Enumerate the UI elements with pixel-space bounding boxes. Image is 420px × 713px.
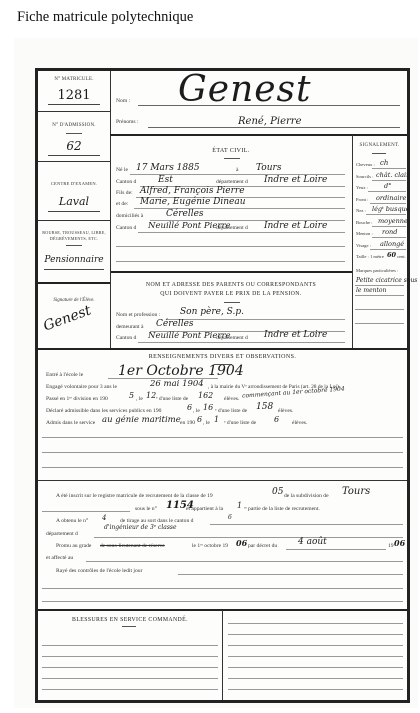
- rule: [42, 667, 218, 668]
- promu-year: 06: [236, 538, 247, 548]
- rule: [228, 645, 403, 646]
- matricule-value: 1281: [38, 88, 110, 103]
- a-label: à: [236, 167, 238, 173]
- centre-label: CENTRE D'EXAMEN.: [38, 181, 110, 186]
- divider: [38, 220, 110, 221]
- passe-liste: ᵉ d'une liste de: [156, 396, 188, 402]
- left-divider-lower: [110, 271, 111, 348]
- signalement-row-visage: Visage : allongé: [356, 240, 406, 252]
- passe-total: 162: [198, 391, 213, 400]
- admis-year: 6: [197, 415, 202, 424]
- entre-value: 1er Octobre 1904: [118, 363, 244, 379]
- parents-canton-label: Canton d: [116, 335, 136, 341]
- prenoms-value: René, Pierre: [238, 116, 302, 127]
- appartient-label: et appartient à la: [186, 506, 223, 512]
- declare-year: 6: [187, 403, 192, 412]
- parents-demeurant-label: demeurant à: [116, 324, 144, 330]
- parents-dept-label: département d: [216, 335, 248, 341]
- rule: [355, 295, 404, 296]
- promu-date-label: le 1ᵉʳ octobre 19: [192, 543, 228, 549]
- divider: [38, 480, 407, 481]
- parents-demeurant-value: Cérelles: [156, 319, 194, 329]
- promu-label: Promu au grade: [56, 543, 91, 549]
- signature-label: Signature de l'Élève.: [38, 298, 110, 303]
- signalement-row-menton: Menton : rond: [356, 228, 406, 240]
- dept2-value: Indre et Loire: [264, 221, 327, 231]
- rule: [228, 689, 403, 690]
- tirage-value: 6: [228, 514, 232, 521]
- signalement-row-cheveux: Cheveux : ch: [356, 159, 406, 171]
- rule: [94, 537, 403, 538]
- dept-label: département d: [216, 179, 248, 185]
- rule: [42, 601, 403, 602]
- blessures-divider: [222, 610, 223, 700]
- divider: [38, 111, 110, 112]
- dash: [224, 158, 240, 159]
- entre-label: Entré à l'école le: [46, 372, 83, 378]
- admis-rank: 1: [214, 415, 219, 424]
- rule: [42, 678, 218, 679]
- signalement-row-front: Front : ordinaire: [356, 194, 406, 206]
- rule: [116, 261, 345, 262]
- nom-rule: [138, 105, 400, 106]
- rule: [42, 437, 403, 438]
- departement-label: département d: [46, 531, 78, 537]
- fils-label: Fils de:: [116, 190, 133, 196]
- signalement-row-nez: Nez : légᵗ busqué: [356, 205, 406, 217]
- rule: [355, 285, 404, 286]
- rule: [210, 524, 403, 525]
- dash: [372, 153, 386, 154]
- raye-label: Rayé des contrôles de l'école ledit jour: [56, 568, 142, 574]
- rule: [42, 467, 403, 468]
- canton-label: Canton d: [116, 179, 136, 185]
- dash: [66, 133, 82, 134]
- divider: [38, 161, 110, 162]
- bourse-label: BOURSE, TROUSSEAU, LIBRE, DÉGRÈVEMENTS, …: [41, 230, 107, 242]
- ne-le-value: 17 Mars 1885: [136, 163, 200, 173]
- rule: [228, 667, 403, 668]
- et-de-value: Marie, Eugénie Dineau: [140, 197, 246, 207]
- admission-value: 62: [38, 139, 110, 153]
- decret-year: 06: [394, 538, 405, 548]
- promu-struck: de sous-lieutenant de réserve: [100, 543, 165, 549]
- blessures-title: BLESSURES EN SERVICE COMMANDÉ.: [38, 617, 222, 623]
- canton2-label: Canton d: [116, 225, 136, 231]
- declare-rank: 16: [203, 403, 213, 412]
- matricule-label: N° MATRICULE.: [38, 77, 110, 82]
- declare-label: Déclaré admissible dans les services pub…: [46, 408, 161, 414]
- bourse-value: Pensionnaire: [38, 255, 110, 265]
- dept-value: Indre et Loire: [264, 175, 327, 185]
- marques-value-2: le menton: [356, 287, 386, 294]
- passe-rank: 12: [146, 391, 156, 400]
- nom-value: Genest: [178, 69, 312, 110]
- rule: [178, 574, 403, 575]
- admis-suffix: élèves.: [292, 420, 307, 426]
- dash: [224, 302, 240, 303]
- signalement-row-taille: Taille : 1 mètre 60 cent.: [356, 251, 406, 263]
- rule: [138, 342, 345, 343]
- decret-label: par décret du: [248, 543, 277, 549]
- divider: [110, 271, 352, 273]
- admis-en: en 190: [180, 420, 195, 426]
- inscrit-label: A été inscrit sur le registre matricule …: [56, 493, 213, 499]
- appartient-value: 1: [237, 501, 242, 510]
- decret-value: 4 août: [298, 537, 327, 547]
- obtenu-value: 4: [102, 514, 106, 522]
- dept2-label: département d: [216, 225, 248, 231]
- a-value: Tours: [256, 163, 281, 173]
- nom-label: Nom :: [116, 98, 130, 104]
- divider: [38, 348, 407, 350]
- rule: [86, 561, 403, 562]
- declare-liste: ᵉ d'une liste de: [215, 408, 247, 414]
- divider: [38, 282, 110, 284]
- signalement-list: Cheveux : ch Sourcils : chât. clair Yeux…: [356, 159, 406, 263]
- ne-le-label: Né le: [116, 167, 128, 173]
- admis-liste: ᵉ d'une liste de: [224, 420, 256, 426]
- rule: [286, 549, 386, 550]
- parents-profession-value: Son père, S.p.: [180, 307, 244, 317]
- matricule-rule: [48, 104, 100, 105]
- rule: [355, 323, 404, 324]
- inscrit-subdivision-label: de la subdivision de: [284, 493, 329, 499]
- declare-suffix: élèves.: [278, 408, 293, 414]
- marques-value-1: Petite cicatrice sous: [356, 277, 417, 284]
- canton-value: Est: [158, 175, 173, 185]
- admis-total: 6: [274, 415, 279, 424]
- decret-year-prefix: 19: [388, 543, 394, 549]
- fils-value: Alfred, François Pierre: [140, 186, 245, 196]
- parents-profession-label: Nom et profession :: [116, 312, 160, 318]
- signature-value: Genest: [41, 303, 93, 335]
- rule: [355, 309, 404, 310]
- appartient-suffix: ʳᵉ partie de la liste de recrutement.: [244, 506, 320, 512]
- centre-rule: [48, 211, 100, 212]
- admis-service: au génie maritime: [102, 415, 181, 425]
- signalement-divider-lower: [352, 271, 353, 348]
- rule: [228, 623, 403, 624]
- rule: [116, 246, 345, 247]
- affecte-label: et affecté au: [46, 555, 73, 561]
- passe-year: 5: [129, 391, 134, 400]
- rule: [42, 588, 403, 589]
- admission-rule: [48, 155, 100, 156]
- passe-le: , le: [136, 396, 143, 402]
- parents-title-2: QUI DOIVENT PAYER LE PRIX DE LA PENSION.: [110, 291, 352, 297]
- engage-label: Engagé volontaire pour 3 ans le: [46, 384, 117, 390]
- passe-label: Passé en 1ʳᵉ division en 190: [46, 396, 108, 402]
- rule: [228, 656, 403, 657]
- admission-label: N° D'ADMISSION.: [38, 123, 110, 128]
- signalement-row-sourcils: Sourcils : chât. clair: [356, 171, 406, 183]
- domicilies-value: Cérelles: [166, 209, 204, 219]
- rule: [42, 452, 403, 453]
- rule: [42, 656, 218, 657]
- rule: [42, 645, 218, 646]
- etat-civil-title: ÉTAT CIVIL.: [110, 148, 352, 154]
- declare-le: , le: [193, 408, 200, 414]
- page-title: Fiche matricule polytechnique: [17, 9, 193, 26]
- inscrit-classe: 05: [272, 487, 283, 497]
- signalement-row-bouche: Bouche : moyenne: [356, 217, 406, 229]
- obtenu-label: A obtenu le n°: [56, 518, 88, 524]
- renseignements-title: RENSEIGNEMENTS DIVERS ET OBSERVATIONS.: [38, 354, 407, 360]
- signalement-row-yeux: Yeux : d°: [356, 182, 406, 194]
- et-de-label: et de:: [116, 201, 128, 207]
- bourse-rule: [44, 269, 104, 270]
- rule: [138, 232, 345, 233]
- signalement-title: SIGNALEMENT.: [352, 143, 407, 148]
- dash: [122, 626, 136, 627]
- admis-label: Admis dans le service: [46, 420, 95, 426]
- rule: [42, 511, 130, 512]
- rule: [228, 678, 403, 679]
- marques-label: Marques particulières :: [356, 268, 398, 273]
- rule: [42, 689, 218, 690]
- domicilies-label: domiciliés à: [116, 213, 143, 219]
- prenoms-rule: [148, 127, 400, 128]
- divider: [110, 134, 407, 136]
- parents-dept-value: Indre et Loire: [264, 330, 327, 340]
- matricule-form: N° MATRICULE. 1281 N° D'ADMISSION. 62 CE…: [35, 68, 410, 703]
- admis-le: , le: [203, 420, 210, 426]
- parents-title-1: NOM ET ADRESSE DES PARENTS OU CORRESPOND…: [110, 282, 352, 288]
- inscrit-subdivision-value: Tours: [342, 486, 370, 497]
- centre-value: Laval: [38, 195, 110, 208]
- declare-total: 158: [256, 402, 273, 412]
- rule: [228, 634, 403, 635]
- dash: [66, 245, 82, 246]
- prenoms-label: Prénoms :: [116, 119, 139, 125]
- passe-suffix: élèves.: [224, 396, 239, 402]
- sous-le-label: sous le n°: [135, 506, 157, 512]
- engage-value: 26 mai 1904: [150, 379, 204, 389]
- promu-annotation: d'ingénieur de 3ᵉ classe: [104, 524, 177, 531]
